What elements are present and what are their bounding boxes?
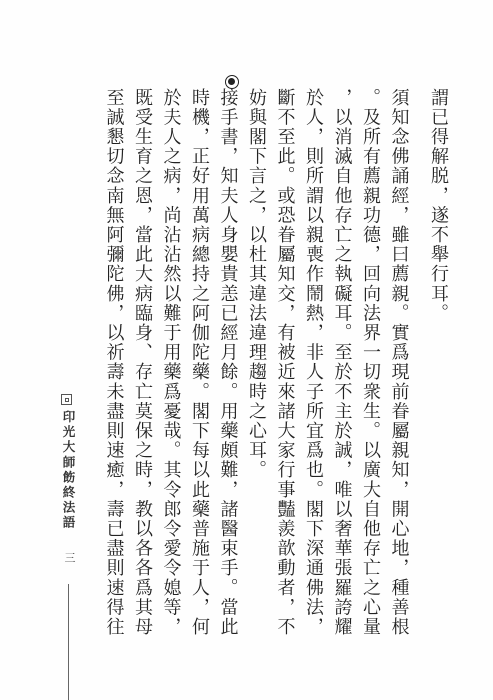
boxed-square-icon bbox=[61, 394, 72, 405]
paragraph-3: 接手書，知夫人身嬰貴恙已經月餘。用藥頗難，諸醫束手。當此 時機，正好用萬病總持之… bbox=[99, 88, 242, 648]
text-column: 既受生育之恩，當此大病臨身、存亡莫保之時，教以各各爲其母 bbox=[128, 88, 157, 648]
paragraph-2: 須知念佛誦經，雖曰薦親。實爲現前眷屬親知，開心地，種善根 。及所有薦親功德，回向… bbox=[242, 88, 413, 648]
text-column: 至誠懇切念南無阿彌陀佛，以祈壽未盡則速癒，壽已盡則速得往 bbox=[99, 88, 128, 648]
text-column: 。及所有薦親功德，回向法界一切衆生。以廣大自他存亡之心量 bbox=[356, 88, 385, 648]
paragraph-1: 謂已得解脱，遂不舉行耳。 bbox=[424, 88, 453, 648]
book-page: 謂已得解脱，遂不舉行耳。 須知念佛誦經，雖曰薦親。實爲現前眷屬親知，開心地，種善… bbox=[0, 0, 493, 700]
text-column: 妨與閣下言之，以杜其違法違理趨時之心耳。 bbox=[242, 88, 271, 648]
text-column: 於人，則所謂以親喪作鬧熱，非人子所宜爲也。閣下深通佛法， bbox=[299, 88, 328, 648]
running-head-title: 印光大師飭終法語 bbox=[59, 410, 77, 531]
text-column: 時機，正好用萬病總持之阿伽陀藥。閣下每以此藥普施于人，何 bbox=[185, 88, 214, 648]
text-column: 謂已得解脱，遂不舉行耳。 bbox=[424, 88, 453, 648]
text-column: ，以消滅自他存亡之執礙耳。至於不主於誠，唯以奢華張羅誇耀 bbox=[327, 88, 356, 648]
text-column: 於夫人之病，尚沾沾然以難于用藥爲憂哉。其令郎令愛令媳等， bbox=[156, 88, 185, 648]
text-column: 須知念佛誦經，雖曰薦親。實爲現前眷屬親知，開心地，種善根 bbox=[384, 88, 413, 648]
vertical-text-body: 謂已得解脱，遂不舉行耳。 須知念佛誦經，雖曰薦親。實爲現前眷屬親知，開心地，種善… bbox=[99, 88, 463, 648]
text-column: 斷不至此。或恐眷屬知交，有被近來諸大家行事豔羨歆動者，不 bbox=[270, 88, 299, 648]
text-column: 接手書，知夫人身嬰貴恙已經月餘。用藥頗難，諸醫束手。當此 bbox=[213, 88, 242, 648]
page-number: 三 bbox=[61, 552, 77, 563]
bullseye-marker-icon bbox=[225, 75, 239, 89]
margin-rule-divider bbox=[68, 584, 69, 700]
